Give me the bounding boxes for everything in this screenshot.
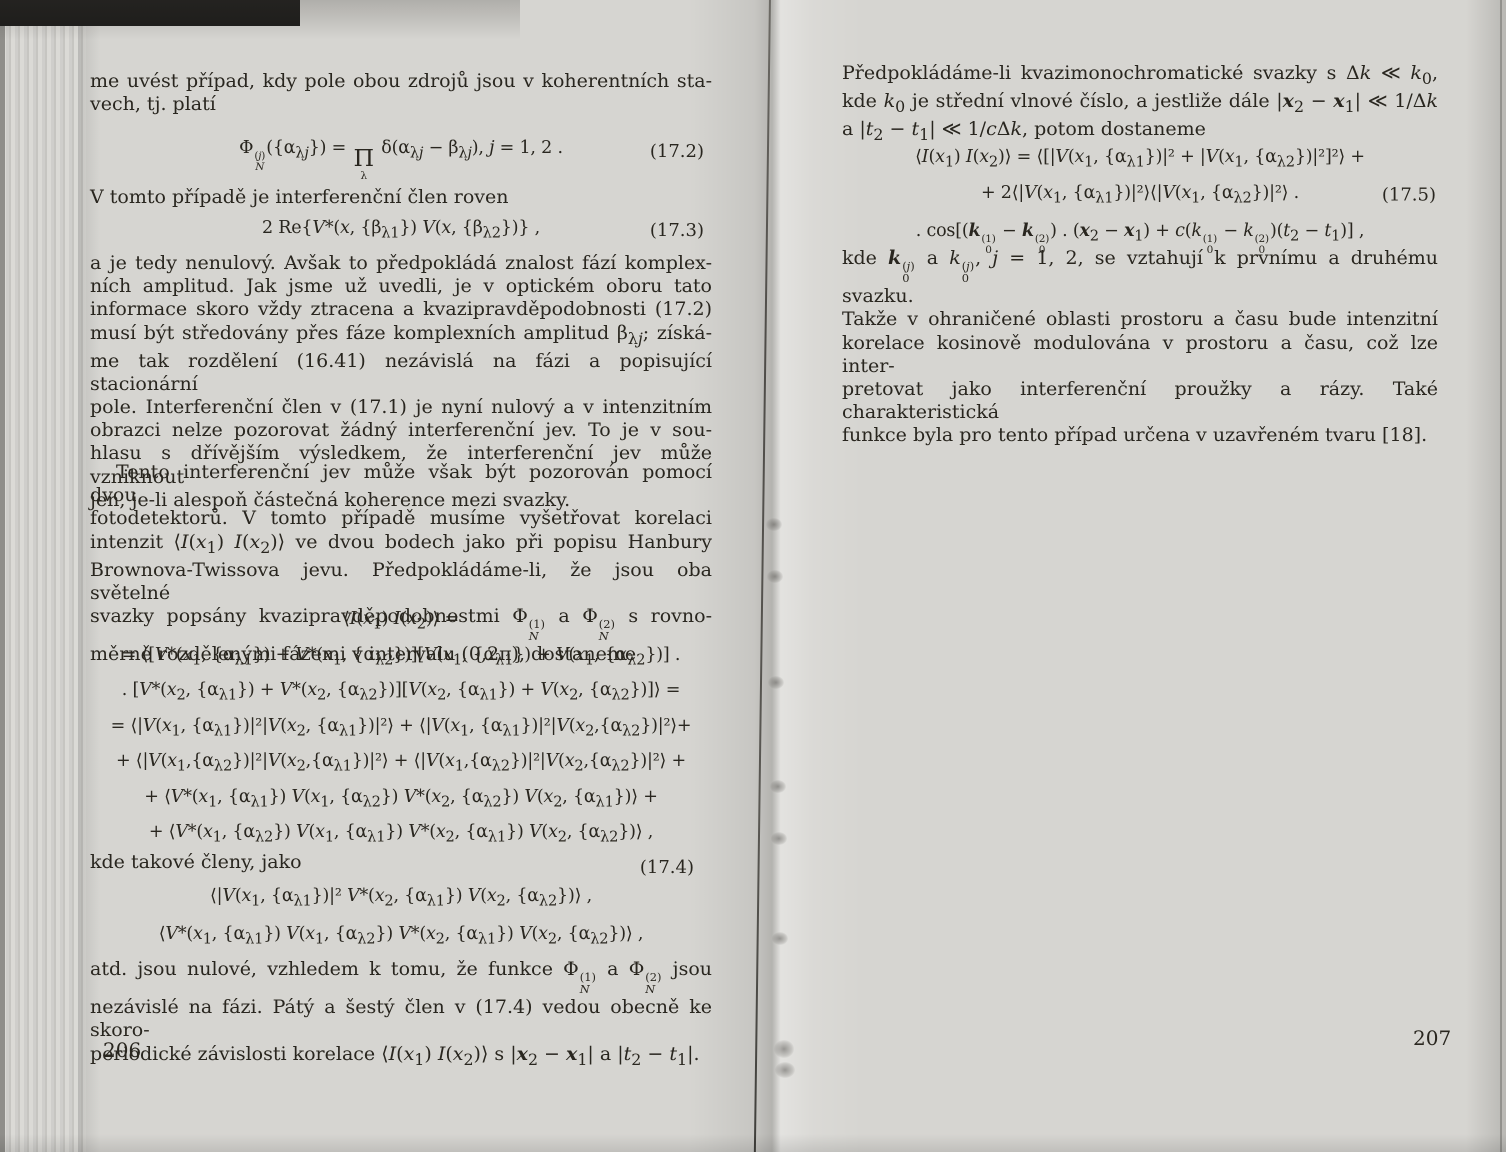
equation-line: + 2⟨|V(x1, {αλ1})|²⟩⟨|V(x1, {αλ2})|²⟩ . (981, 183, 1299, 203)
binding-stitch (774, 1040, 794, 1058)
text-line: me tak rozdělení (16.41) nezávislá na fá… (90, 350, 712, 396)
left-paragraph-1: me uvést případ, kdy pole obou zdrojů js… (90, 70, 712, 116)
binding-stitch (767, 570, 783, 583)
right-paragraph-1: Předpokládáme-li kvazimonochromatické sv… (842, 62, 1438, 146)
binding-stitch (768, 676, 784, 689)
equation-17-5: ⟨I(x1) I(x2)⟩ = ⟨[|V(x1, {αλ1})|² + |V(x… (842, 142, 1438, 256)
equation-line: + ⟨|V(x1,{αλ2})|²|V(x2,{αλ1})|²⟩ + ⟨|V(x… (90, 746, 712, 782)
text-line: kde takové členy, jako (90, 851, 712, 874)
equation-label: (17.2) (650, 126, 704, 178)
text-line: korelace kosinově modulována v prostoru … (842, 332, 1438, 378)
text-line: kde k(j)0 a k(j)0, j = 1, 2, se vztahují… (842, 247, 1438, 308)
equation-body: 2 Re{V*(x, {βλ1}) V(x, {βλ2})} , (262, 218, 540, 238)
display-terms: ⟨|V(x1, {αλ1})|² V*(x2, {αλ1}) V(x2, {αλ… (90, 880, 712, 955)
equation-line: = ⟨|V(x1, {αλ1})|²|V(x2, {αλ1})|²⟩ + ⟨|V… (90, 711, 712, 747)
text-line: obrazci nelze pozorovat žádný interferen… (90, 419, 712, 442)
binding-stitch (770, 780, 786, 793)
equation-line: + ⟨V*(x1, {αλ1}) V(x1, {αλ2}) V*(x2, {αλ… (90, 782, 712, 818)
text-line: pretovat jako interferenční proužky a rá… (842, 378, 1438, 424)
text-line: Předpokládáme-li kvazimonochromatické sv… (842, 62, 1438, 90)
left-paragraph-5: kde takové členy, jako (90, 851, 712, 874)
equation-17-3: 2 Re{V*(x, {βλ1}) V(x, {βλ2})} , (17.3) (90, 211, 712, 245)
text-line: musí být středovány přes fáze komplexníc… (90, 322, 712, 350)
page-number-left: 206 (103, 1038, 141, 1062)
text-line: intenzit ⟨I(x1) I(x2)⟩ ve dvou bodech ja… (90, 531, 712, 559)
text-line: pole. Interferenční člen v (17.1) je nyn… (90, 396, 712, 419)
text-line: Tento interferenční jev může však být po… (90, 461, 712, 507)
text-line: Brownova-Twissova jevu. Předpokládáme-li… (90, 559, 712, 605)
bottom-shadow (0, 1134, 1506, 1152)
text-line: nezávislé na fázi. Pátý a šestý člen v (… (90, 996, 712, 1042)
equation-line: + ⟨V*(x1, {αλ2}) V(x1, {αλ1}) V*(x2, {αλ… (90, 817, 712, 853)
text-line: funkce byla pro tento případ určena v uz… (842, 424, 1438, 447)
equation-line: ⟨V*(x1, {αλ1}) V(x1, {αλ2}) V*(x2, {αλ1}… (90, 918, 712, 956)
text-line: kde k0 je střední vlnové číslo, a jestli… (842, 90, 1438, 118)
binding-stitch (775, 1062, 795, 1078)
text-line: Takže v ohraničené oblasti prostoru a ča… (842, 308, 1438, 331)
equation-line: ⟨|V(x1, {αλ1})|² V*(x2, {αλ1}) V(x2, {αλ… (90, 880, 712, 918)
equation-line: . [V*(x2, {αλ1}) + V*(x2, {αλ2})][V(x2, … (90, 675, 712, 711)
book-scan: me uvést případ, kdy pole obou zdrojů js… (0, 0, 1506, 1152)
binding-stitch (772, 932, 788, 945)
text-line: vech, tj. platí (90, 93, 712, 116)
page-stack-edge (0, 0, 86, 1152)
binding-stitch (766, 518, 782, 531)
text-line: atd. jsou nulové, vzhledem k tomu, že fu… (90, 958, 712, 996)
equation-line: = ⟨[V*(x1, {αλ1}) + V*(x1, {αλ2})][V(x1,… (90, 640, 712, 676)
text-line: fotodetektorů. V tomto případě musíme vy… (90, 507, 712, 530)
equation-line: ⟨I(x1) I(x2)⟩ = ⟨[|V(x1, {αλ1})|² + |V(x… (842, 142, 1438, 178)
text-line: informace skoro vždy ztracena a kvazipra… (90, 298, 712, 321)
text-line: periodické závislosti korelace ⟨I(x1) I(… (90, 1043, 712, 1071)
text-line: ních amplitud. Jak jsme už uvedli, je v … (90, 275, 712, 298)
top-shadow (0, 0, 520, 40)
text-line: V tomto případě je interferenční člen ro… (90, 186, 712, 209)
equation-label: (17.3) (650, 214, 704, 248)
equation-label: (17.5) (1382, 180, 1436, 211)
equation-line: ⟨I(x1) I(x2)⟩ = (90, 604, 712, 640)
right-paragraph-2: kde k(j)0 a k(j)0, j = 1, 2, se vztahují… (842, 247, 1438, 448)
page-number-right: 207 (1413, 1026, 1451, 1050)
binding-stitch (771, 832, 787, 845)
left-paragraph-6: atd. jsou nulové, vzhledem k tomu, že fu… (90, 958, 712, 1071)
equation-17-2: Φ(j)N({αλj}) = Πλ δ(αλj − βλj), j = 1, 2… (90, 122, 712, 174)
equation-body: Φ(j)N({αλj}) = Πλ δ(αλj − βλj), j = 1, 2… (239, 138, 563, 158)
left-paragraph-2: V tomto případě je interferenční člen ro… (90, 186, 712, 209)
equation-17-4: ⟨I(x1) I(x2)⟩ = = ⟨[V*(x1, {αλ1}) + V*(x… (90, 604, 712, 883)
right-edge-line (1500, 0, 1502, 1152)
text-line: me uvést případ, kdy pole obou zdrojů js… (90, 70, 712, 93)
text-line: a je tedy nenulový. Avšak to předpokládá… (90, 252, 712, 275)
